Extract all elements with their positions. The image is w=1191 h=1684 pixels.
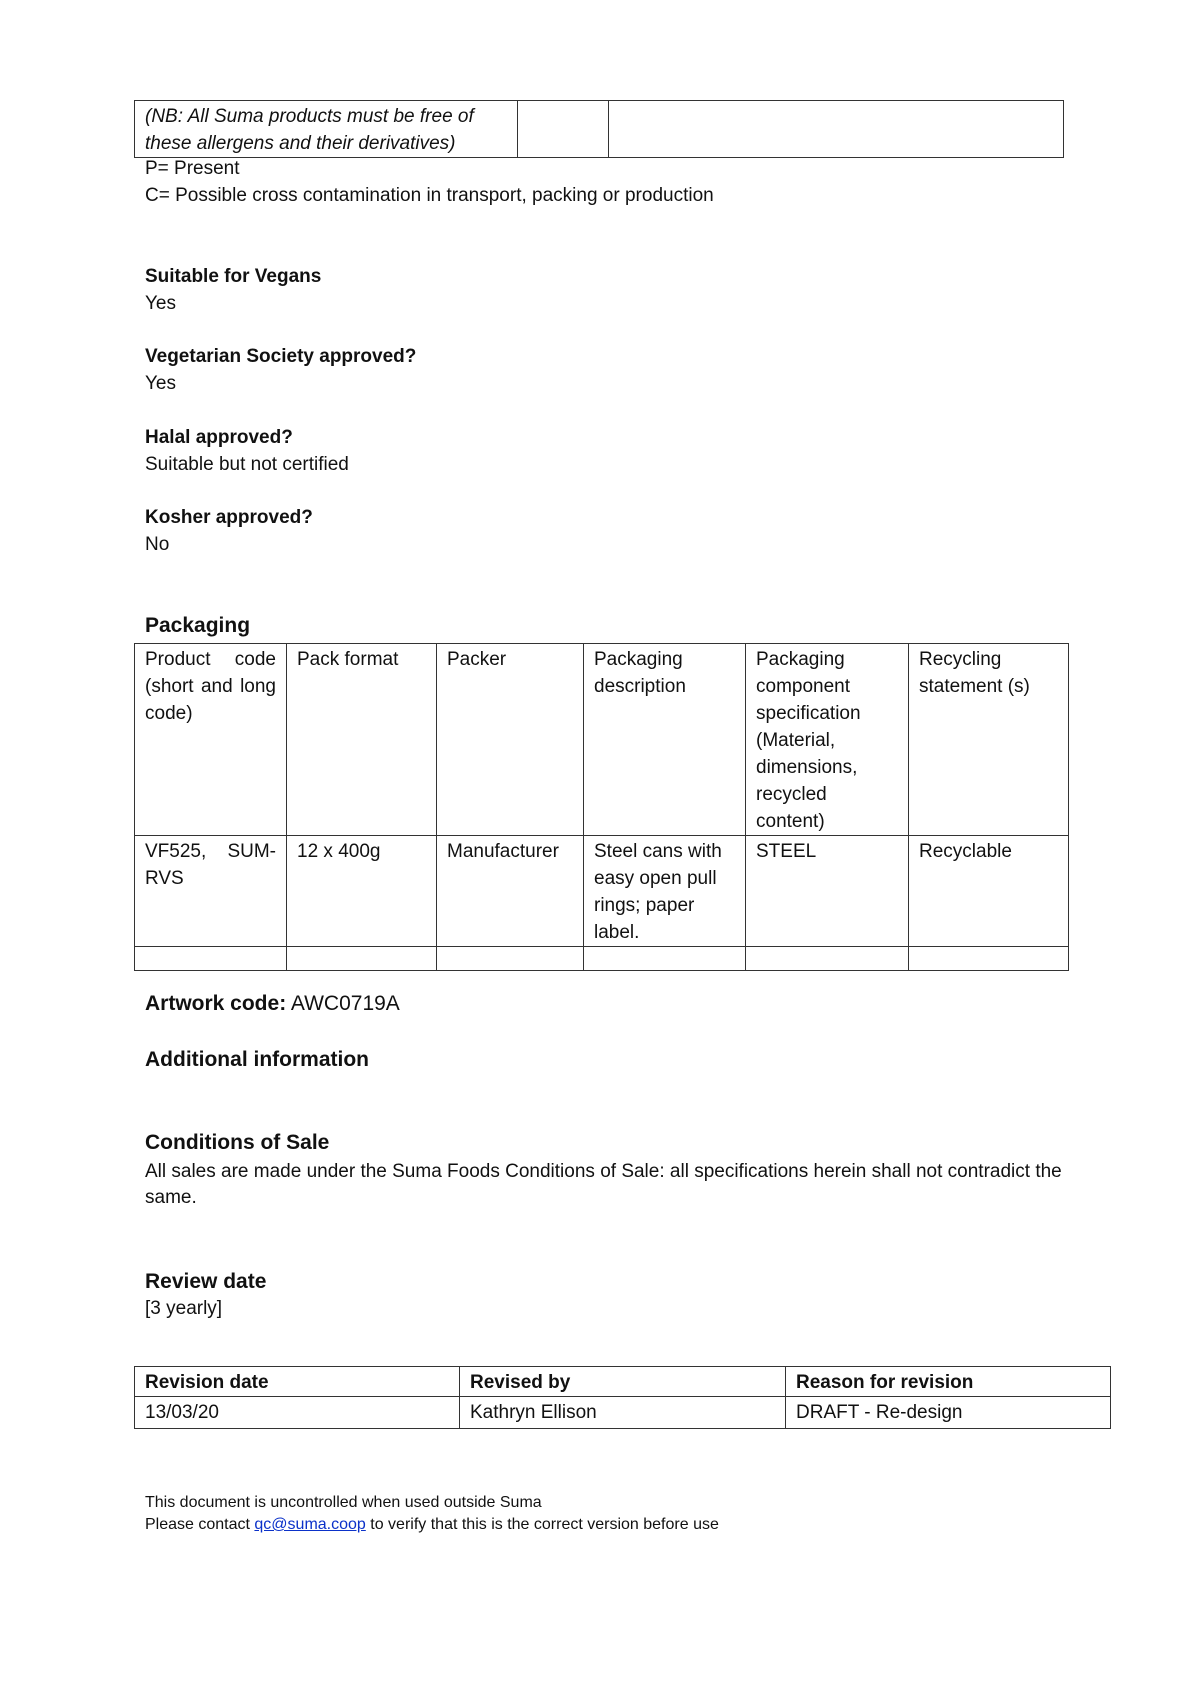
artwork-value: AWC0719A xyxy=(291,992,400,1015)
legend-present: P= Present xyxy=(145,155,240,182)
footer-uncontrolled: This document is uncontrolled when used … xyxy=(145,1492,542,1514)
cell-empty xyxy=(437,947,584,971)
revision-table: Revision date Revised by Reason for revi… xyxy=(134,1366,1111,1429)
cell-packaging-description: Steel cans with easy open pull rings; pa… xyxy=(584,836,746,947)
table-row: 13/03/20 Kathryn Ellison DRAFT - Re-desi… xyxy=(135,1397,1111,1429)
allergen-note: (NB: All Suma products must be free of t… xyxy=(135,101,518,158)
table-header-row: Revision date Revised by Reason for revi… xyxy=(135,1367,1111,1397)
footer-contact-pre: Please contact xyxy=(145,1516,254,1533)
header-recycling-statement: Recycling statement (s) xyxy=(909,644,1069,836)
allergen-cell xyxy=(518,101,609,158)
legend-cross: C= Possible cross contamination in trans… xyxy=(145,182,714,209)
cell-empty xyxy=(909,947,1069,971)
cell-empty xyxy=(287,947,437,971)
additional-info-title: Additional information xyxy=(145,1046,369,1073)
review-title: Review date xyxy=(145,1268,266,1295)
email-link[interactable]: qc@suma.coop xyxy=(254,1516,365,1533)
cell-pack-format: 12 x 400g xyxy=(287,836,437,947)
table-row: VF525, SUM-RVS 12 x 400g Manufacturer St… xyxy=(135,836,1069,947)
header-revision-date: Revision date xyxy=(135,1367,460,1397)
packaging-table: Product code (short and long code) Pack … xyxy=(134,643,1069,971)
cell-empty xyxy=(135,947,287,971)
halal-value: Suitable but not certified xyxy=(145,451,349,478)
vegsoc-value: Yes xyxy=(145,370,176,397)
cell-revised-by: Kathryn Ellison xyxy=(460,1397,786,1429)
cell-component-spec: STEEL xyxy=(746,836,909,947)
header-pack-format: Pack format xyxy=(287,644,437,836)
cell-revision-date: 13/03/20 xyxy=(135,1397,460,1429)
header-packaging-description: Packaging description xyxy=(584,644,746,836)
table-row xyxy=(135,947,1069,971)
vegsoc-label: Vegetarian Society approved? xyxy=(145,343,416,370)
cell-product-code: VF525, SUM-RVS xyxy=(135,836,287,947)
footer-contact: Please contact qc@suma.coop to verify th… xyxy=(145,1514,719,1536)
header-product-code: Product code (short and long code) xyxy=(135,644,287,836)
kosher-value: No xyxy=(145,531,169,558)
cell-packer: Manufacturer xyxy=(437,836,584,947)
cell-reason: DRAFT - Re-design xyxy=(786,1397,1111,1429)
table-header-row: Product code (short and long code) Pack … xyxy=(135,644,1069,836)
cell-empty xyxy=(584,947,746,971)
cell-empty xyxy=(746,947,909,971)
footer-contact-post: to verify that this is the correct versi… xyxy=(366,1516,719,1533)
artwork-code: Artwork code: AWC0719A xyxy=(145,990,400,1017)
header-component-spec: Packaging component specification (Mater… xyxy=(746,644,909,836)
table-row: (NB: All Suma products must be free of t… xyxy=(135,101,1064,158)
vegan-value: Yes xyxy=(145,290,176,317)
allergen-table: (NB: All Suma products must be free of t… xyxy=(134,100,1064,158)
review-value: [3 yearly] xyxy=(145,1295,222,1322)
header-revised-by: Revised by xyxy=(460,1367,786,1397)
conditions-title: Conditions of Sale xyxy=(145,1129,329,1156)
conditions-body: All sales are made under the Suma Foods … xyxy=(145,1159,1070,1211)
cell-recycling-statement: Recyclable xyxy=(909,836,1069,947)
packaging-title: Packaging xyxy=(145,612,250,639)
artwork-label: Artwork code: xyxy=(145,992,286,1015)
allergen-cell xyxy=(609,101,1064,158)
vegan-label: Suitable for Vegans xyxy=(145,263,321,290)
header-packer: Packer xyxy=(437,644,584,836)
kosher-label: Kosher approved? xyxy=(145,504,313,531)
halal-label: Halal approved? xyxy=(145,424,293,451)
header-reason: Reason for revision xyxy=(786,1367,1111,1397)
